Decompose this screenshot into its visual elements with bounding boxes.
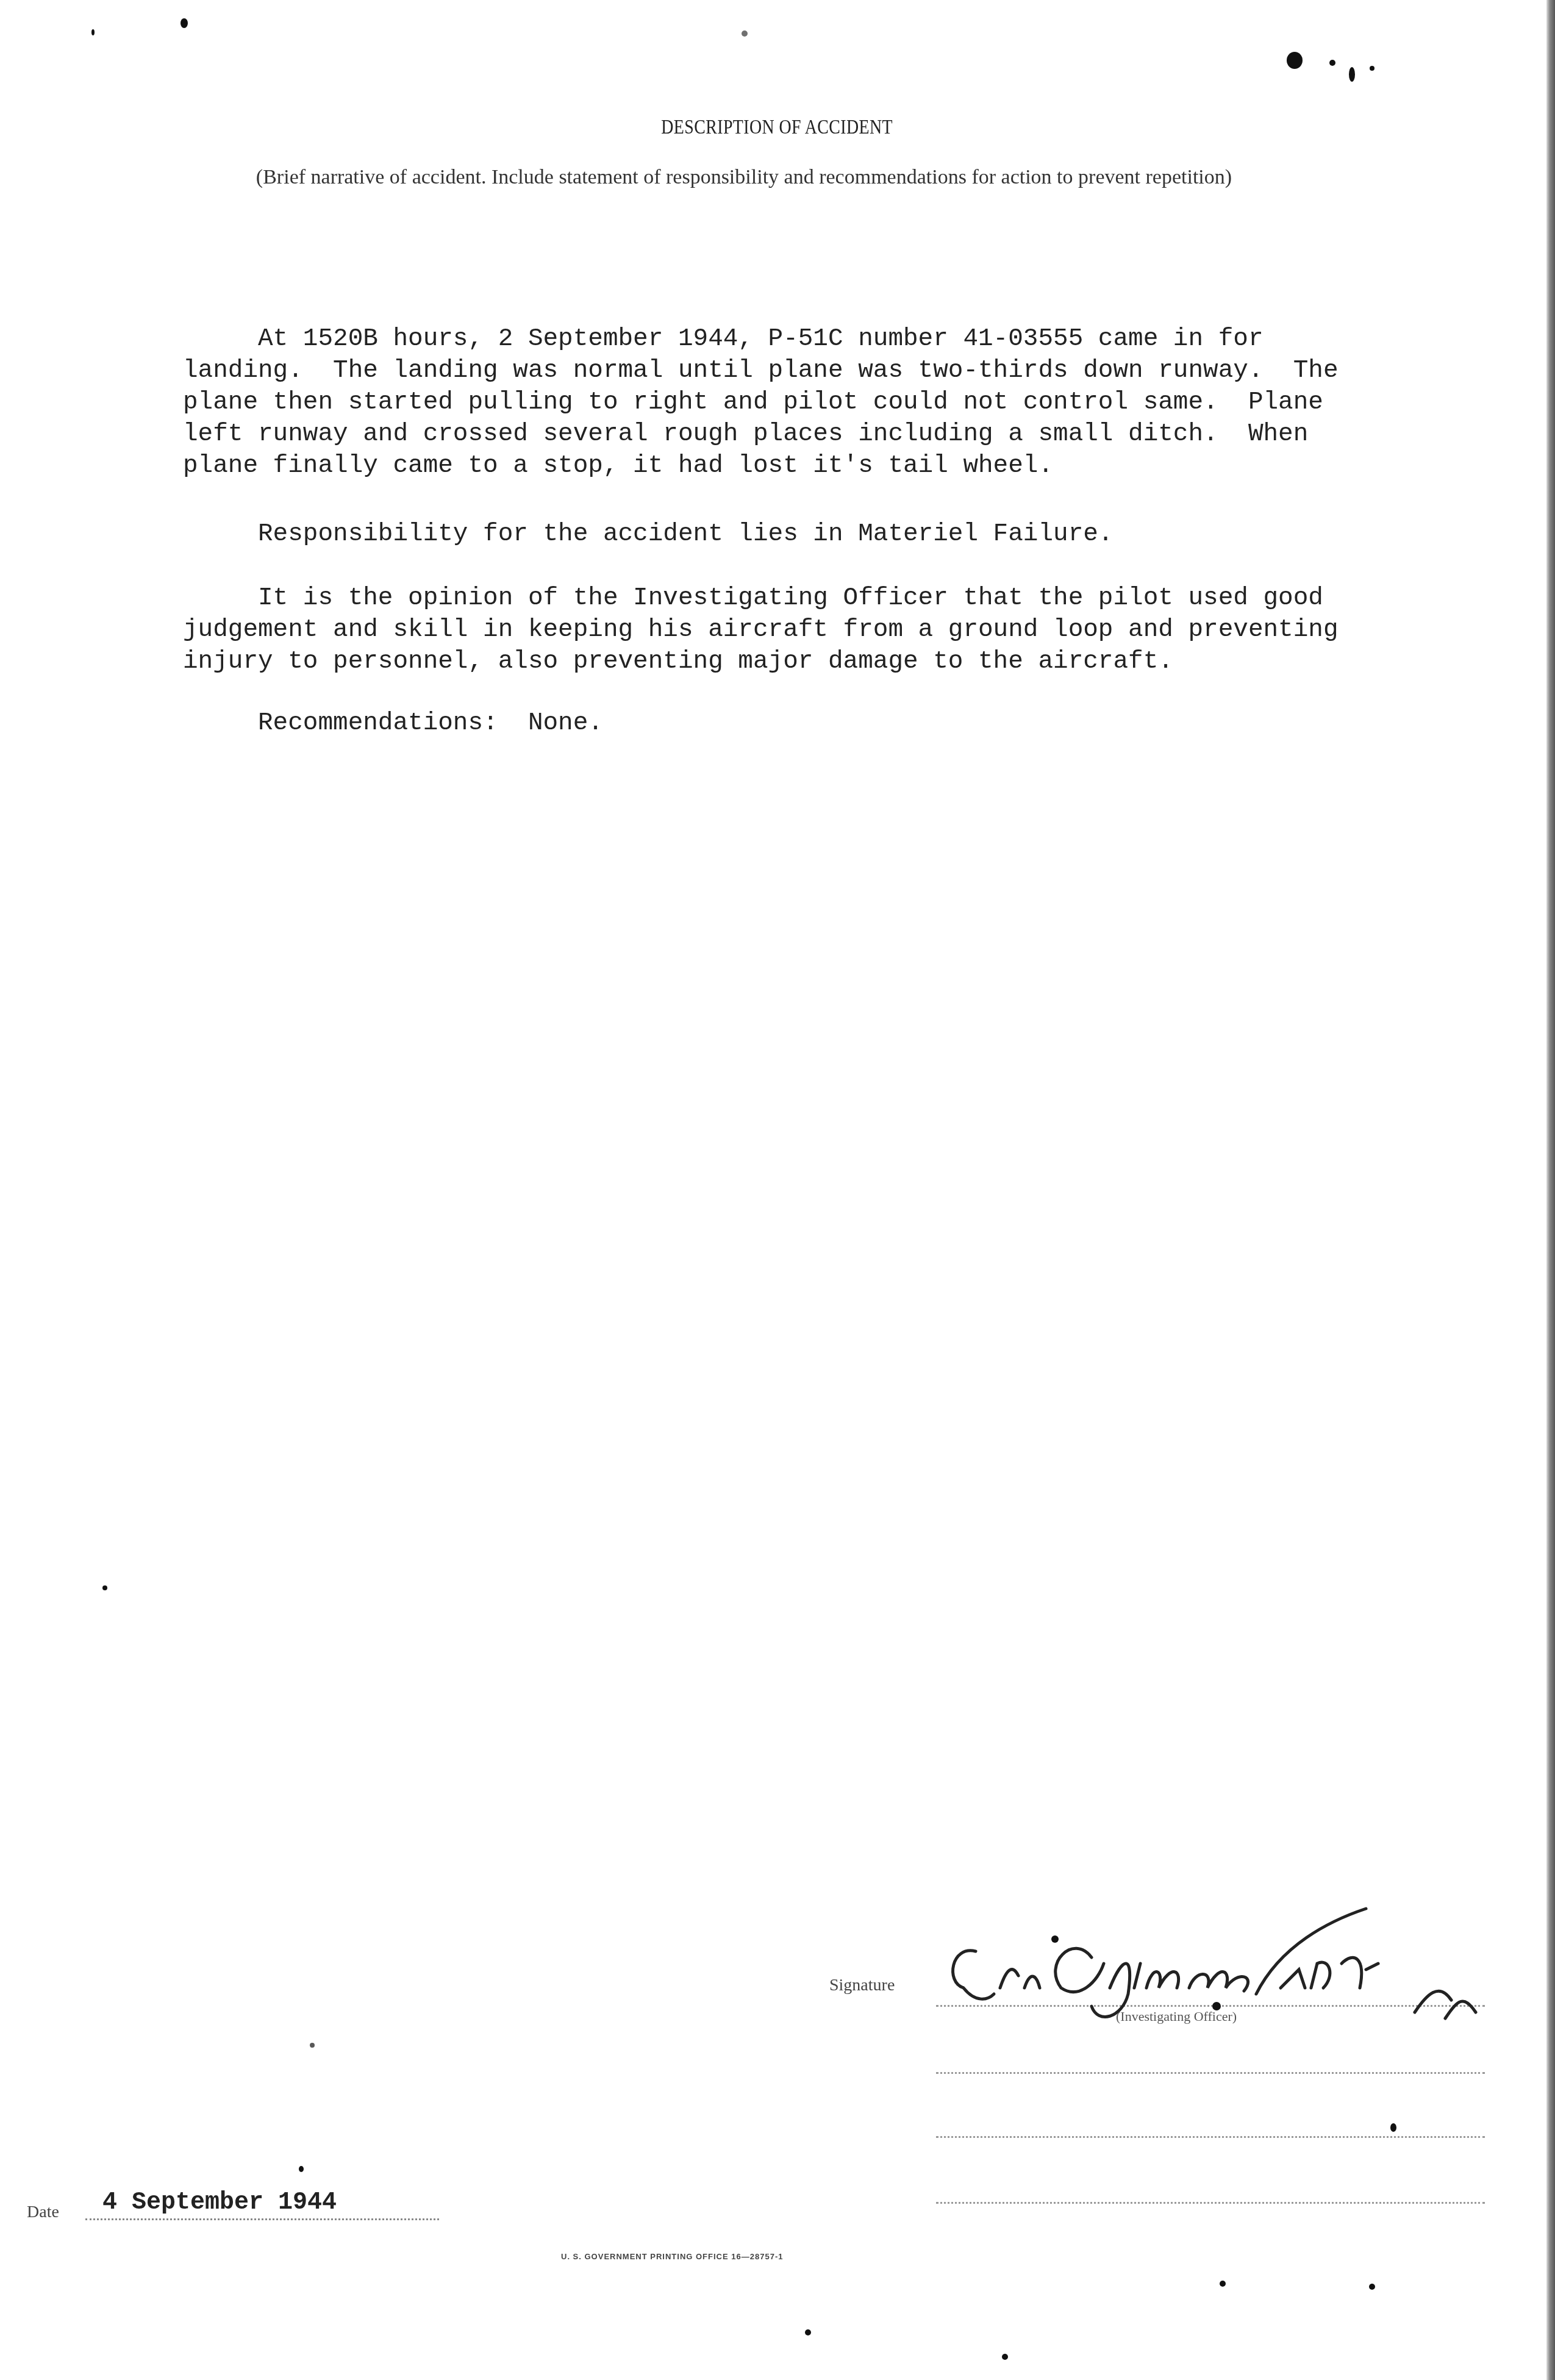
scan-speck xyxy=(91,29,95,35)
scan-speck xyxy=(310,2043,315,2048)
handwritten-signature xyxy=(939,1896,1549,2037)
responsibility-statement: Responsibility for the accident lies in … xyxy=(183,518,1113,550)
blank-line xyxy=(936,2202,1485,2204)
scan-speck xyxy=(1002,2354,1008,2360)
scan-speck xyxy=(102,1585,107,1590)
scan-speck xyxy=(1390,2123,1396,2132)
scan-speck xyxy=(1220,2281,1226,2287)
signature-label: Signature xyxy=(829,1976,895,1995)
blank-line xyxy=(936,2136,1485,2138)
scan-speck xyxy=(805,2329,811,2335)
recommendations: Recommendations: None. xyxy=(183,707,603,739)
date-value: 4 September 1944 xyxy=(102,2189,337,2217)
signature-caption: (Investigating Officer) xyxy=(1116,2009,1237,2024)
scan-speck xyxy=(299,2166,304,2172)
form-title: DESCRIPTION OF ACCIDENT xyxy=(140,116,1415,139)
printer-imprint: U. S. GOVERNMENT PRINTING OFFICE 16—2875… xyxy=(561,2252,783,2261)
date-line xyxy=(85,2218,439,2220)
scan-speck xyxy=(742,30,748,37)
scan-speck xyxy=(1329,60,1335,66)
accident-report-page: DESCRIPTION OF ACCIDENT (Brief narrative… xyxy=(0,0,1555,2380)
scan-speck xyxy=(181,18,188,28)
scan-speck xyxy=(1369,2284,1375,2290)
date-label: Date xyxy=(27,2203,59,2222)
scan-speck xyxy=(1370,66,1374,71)
narrative-paragraph: At 1520B hours, 2 September 1944, P-51C … xyxy=(183,323,1339,482)
investigator-opinion: It is the opinion of the Investigating O… xyxy=(183,582,1339,677)
form-instructions: (Brief narrative of accident. Include st… xyxy=(116,166,1372,189)
scan-speck xyxy=(1349,67,1355,82)
blank-line xyxy=(936,2072,1485,2074)
scan-speck xyxy=(1287,52,1303,69)
